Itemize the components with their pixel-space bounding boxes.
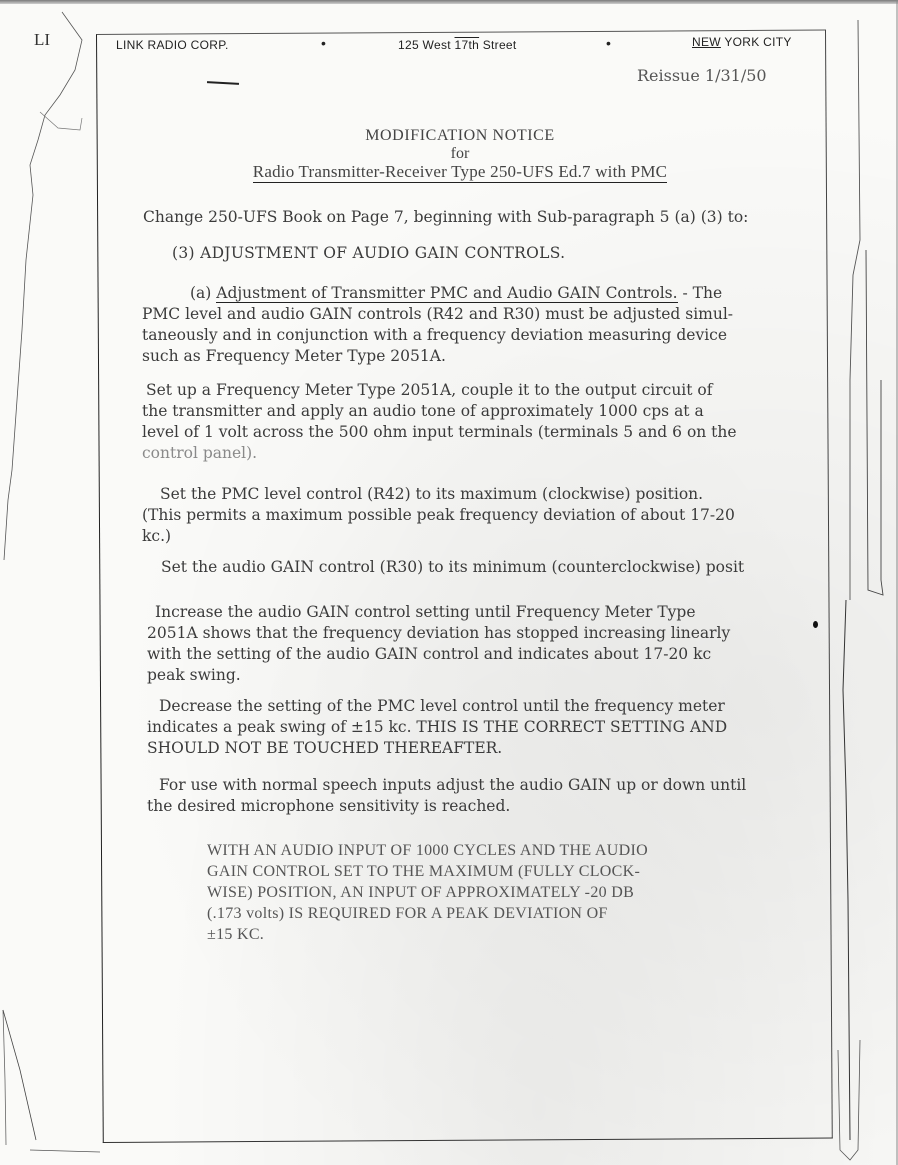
- paragraph-line: kc.): [142, 526, 735, 547]
- city-first-word: NEW: [692, 35, 721, 49]
- paragraph-line: (This permits a maximum possible peak fr…: [142, 505, 735, 526]
- paragraph-line: indicates a peak swing of ±15 kc. THIS I…: [147, 717, 727, 738]
- paragraph-line: Set the PMC level control (R42) to its m…: [142, 484, 735, 505]
- paragraph-line: with the setting of the audio GAIN contr…: [147, 644, 730, 665]
- address-prefix: 125 West: [398, 38, 455, 52]
- notice-title-for: for: [150, 145, 770, 163]
- change-instruction: Change 250-UFS Book on Page 7, beginning…: [143, 207, 748, 228]
- paragraph-line: 2051A shows that the frequency deviation…: [147, 623, 730, 644]
- paragraph-a: (a) Adjustment of Transmitter PMC and Au…: [142, 283, 733, 367]
- paragraph-line: Increase the audio GAIN control setting …: [147, 602, 730, 623]
- paragraph-line: WITH AN AUDIO INPUT OF 1000 CYCLES AND T…: [207, 840, 648, 861]
- paragraph-line: Decrease the setting of the PMC level co…: [147, 696, 727, 717]
- paragraph-line: Set up a Frequency Meter Type 2051A, cou…: [142, 380, 737, 401]
- company-name: LINK RADIO CORP.: [116, 38, 229, 52]
- paragraph-line: ±15 KC.: [207, 924, 648, 945]
- page-corner-mark: LI: [34, 30, 50, 50]
- paragraph-a-heading: Adjustment of Transmitter PMC and Audio …: [216, 284, 677, 303]
- paragraph-a-line: - The: [678, 284, 723, 302]
- notice-subject: Radio Transmitter-Receiver Type 250-UFS …: [150, 162, 770, 182]
- company-address: 125 West 17th Street: [398, 38, 517, 52]
- letterhead-separator: •: [606, 35, 611, 51]
- paragraph-line: the transmitter and apply an audio tone …: [142, 401, 737, 422]
- letterhead-separator: •: [321, 35, 326, 51]
- paragraph-line: level of 1 volt across the 500 ohm input…: [142, 422, 737, 443]
- paragraph-a-line: such as Frequency Meter Type 2051A.: [142, 346, 733, 367]
- paragraph-line: WISE) POSITION, AN INPUT OF APPROXIMATEL…: [207, 882, 648, 903]
- notice-subject-text: Radio Transmitter-Receiver Type 250-UFS …: [253, 162, 667, 183]
- scan-top-edge: [0, 0, 898, 4]
- paragraph-a-first-line: (a) Adjustment of Transmitter PMC and Au…: [142, 283, 733, 304]
- paragraph-a-line: taneously and in conjunction with a freq…: [142, 325, 733, 346]
- section-heading: (3) ADJUSTMENT OF AUDIO GAIN CONTROLS.: [172, 243, 565, 264]
- paragraph-line: GAIN CONTROL SET TO THE MAXIMUM (FULLY C…: [207, 861, 648, 882]
- paragraph-setup: Set up a Frequency Meter Type 2051A, cou…: [142, 380, 737, 464]
- paragraph-line: control panel).: [142, 443, 737, 464]
- paragraph-decrease: Decrease the setting of the PMC level co…: [147, 696, 727, 759]
- paragraph-a-line: PMC level and audio GAIN controls (R42 a…: [142, 304, 733, 325]
- paragraph-increase: Increase the audio GAIN control setting …: [147, 602, 730, 686]
- paragraph-caps-note: WITH AN AUDIO INPUT OF 1000 CYCLES AND T…: [207, 840, 648, 945]
- company-city: NEW YORK CITY: [692, 35, 792, 49]
- paragraph-line: For use with normal speech inputs adjust…: [147, 775, 746, 796]
- paragraph-pmc-level: Set the PMC level control (R42) to its m…: [142, 484, 735, 547]
- reissue-date: Reissue 1/31/50: [637, 66, 767, 85]
- address-street-number: 17th: [455, 38, 480, 52]
- paragraph-gain-min: Set the audio GAIN control (R30) to its …: [155, 557, 744, 578]
- paragraph-line: the desired microphone sensitivity is re…: [147, 796, 746, 817]
- paragraph-speech: For use with normal speech inputs adjust…: [147, 775, 746, 817]
- notice-title: MODIFICATION NOTICE: [150, 127, 770, 145]
- address-suffix: Street: [479, 38, 516, 52]
- ink-spot: [813, 621, 818, 628]
- paragraph-line: SHOULD NOT BE TOUCHED THEREAFTER.: [147, 738, 727, 759]
- notice-frame-border: [96, 30, 833, 1143]
- paragraph-line: peak swing.: [147, 665, 730, 686]
- paragraph-line: (.173 volts) IS REQUIRED FOR A PEAK DEVI…: [207, 903, 648, 924]
- paragraph-a-label: (a): [190, 284, 216, 302]
- paragraph-line: Set the audio GAIN control (R30) to its …: [155, 557, 744, 578]
- torn-paper-edge-left: [0, 0, 110, 1165]
- city-rest: YORK CITY: [721, 35, 792, 49]
